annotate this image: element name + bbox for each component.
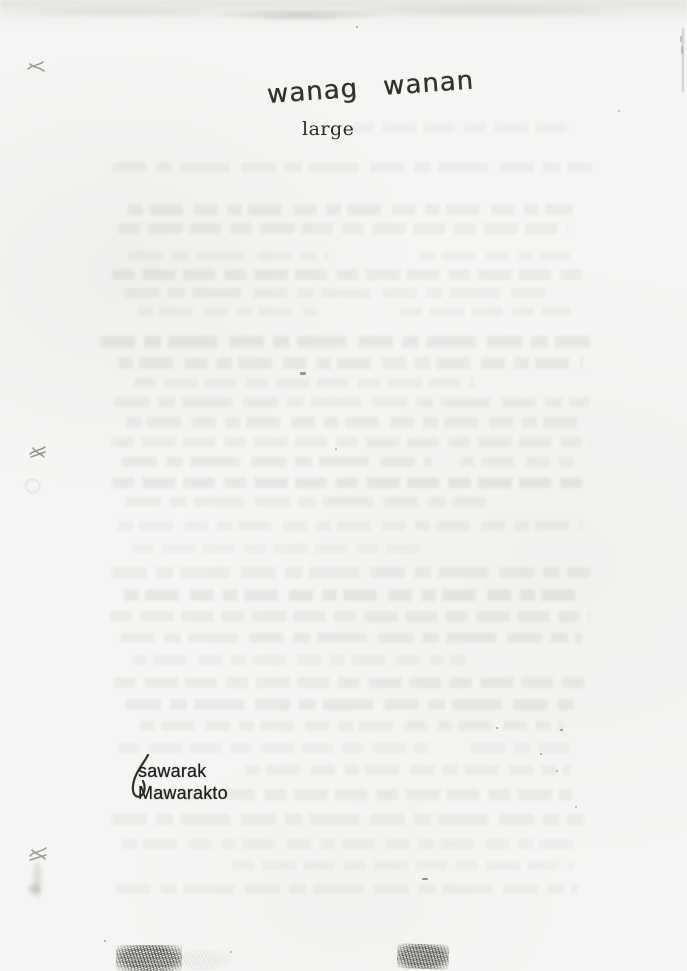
staple-mark-top: [26, 60, 46, 74]
ghost-text-line: [470, 743, 570, 753]
ghost-text-line: [128, 204, 573, 215]
ghost-text-line: [112, 162, 592, 173]
dust-speck: [575, 806, 577, 808]
ghost-text-line: [232, 861, 574, 870]
page-edge-artifact: [682, 28, 684, 92]
ghost-text-line: [460, 457, 580, 467]
dust-speck: [618, 110, 620, 112]
staple-mark-middle: [28, 444, 48, 460]
ghost-text-line: [124, 589, 576, 601]
ghost-text-line: [118, 521, 583, 531]
ghost-text-line: [112, 269, 587, 280]
faint-blob-mark: [28, 884, 40, 894]
ghost-text-line: [124, 288, 554, 298]
ghost-text-line: [118, 223, 568, 234]
dust-speck: [540, 753, 542, 755]
ghost-text-line: [114, 677, 590, 688]
dust-speck: [356, 26, 358, 28]
ghost-text-line: [112, 477, 582, 488]
ghost-text-line: [112, 814, 584, 825]
ghost-text-line: [126, 417, 581, 428]
handwritten-annotation: wanag wanan: [266, 66, 475, 110]
scanned-document-page: wanag wanan large sawarak Mawarakto: [0, 0, 687, 971]
dust-speck: [496, 727, 498, 729]
ghost-text-line: [122, 839, 580, 849]
punch-ring-mark: [25, 479, 40, 493]
ghost-text-line: [120, 633, 582, 643]
ghost-text-line: [100, 336, 590, 348]
ghost-text-line: [118, 743, 428, 753]
ghost-text-line: [126, 497, 486, 507]
dust-speck: [560, 729, 563, 731]
ghost-text-line: [138, 307, 318, 316]
ghost-text-line: [128, 251, 328, 261]
dust-speck: [556, 770, 558, 772]
ghost-text-line: [134, 378, 474, 388]
dust-speck: [104, 940, 106, 942]
ghost-text-line: [110, 611, 590, 622]
bottom-smudge-left: [116, 945, 182, 971]
ghost-text-line: [114, 397, 589, 407]
dust-speck: [335, 448, 337, 450]
ghost-text-line: [132, 544, 422, 553]
printed-size-label: large: [302, 118, 354, 140]
ghost-text-line: [112, 437, 592, 447]
ghost-text-line: [122, 457, 432, 467]
dust-speck: [422, 878, 428, 880]
ghost-text-line: [245, 765, 570, 775]
stamp-line-2: Mawarakto: [138, 782, 228, 804]
ghost-text-line: [400, 307, 570, 316]
bottom-smudge-left-tail: [182, 950, 232, 970]
bottom-smudge-right: [397, 943, 450, 970]
stamp-line-1: sawarak: [138, 760, 228, 782]
ghost-text-line: [420, 251, 570, 261]
ghost-text-line: [132, 655, 467, 665]
scan-top-edge-shading: [0, 0, 687, 28]
ghost-text-line: [352, 122, 567, 133]
ghost-text-line: [112, 567, 590, 578]
ghost-text-line: [140, 721, 564, 731]
name-stamp: sawarak Mawarakto: [138, 760, 228, 804]
dust-speck: [300, 372, 306, 375]
ghost-text-line: [126, 699, 578, 710]
staple-mark-bottom: [27, 845, 49, 863]
ghost-text-line: [118, 357, 583, 369]
ghost-text-line: [116, 884, 578, 894]
